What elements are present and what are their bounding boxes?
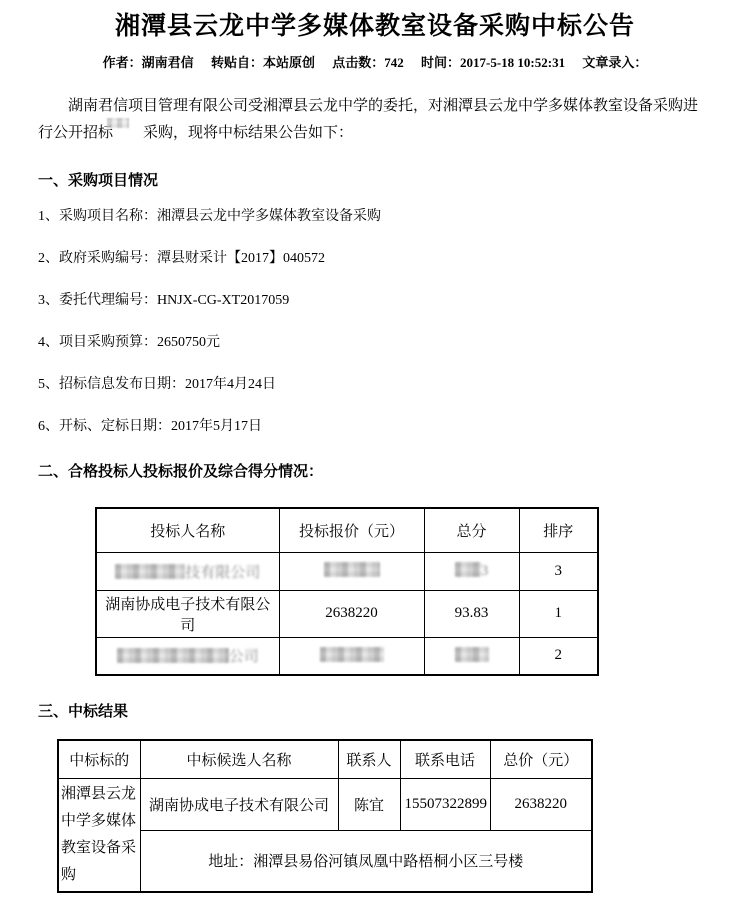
section-one-heading: 一、采购项目情况 <box>38 169 712 190</box>
article-meta: 作者：湖南君信 转贴自：本站原创 点击数：742 时间：2017-5-18 10… <box>38 52 712 71</box>
bid-header-bidder-name: 投标人名称 <box>96 508 279 552</box>
section-three-heading: 三、中标结果 <box>38 700 712 721</box>
meta-source-label: 转贴自： <box>211 55 263 70</box>
bid-table-row-1: 技有限公司 3 3 <box>96 552 598 590</box>
meta-clicks-label: 点击数： <box>332 55 384 70</box>
bid-header-total-score: 总分 <box>424 508 519 552</box>
bidder-name-redacted: 公司 <box>96 637 279 675</box>
procurement-item-6: 6、开标、定标日期：2017年5月17日 <box>38 418 712 435</box>
winner-address: 地址：湘潭县易俗河镇凤凰中路梧桐小区三号楼 <box>140 831 592 892</box>
award-table-row-winner: 湘潭县云龙中学多媒体教室设备采购 湖南协成电子技术有限公司 陈宜 1550732… <box>58 778 592 831</box>
intro-smudged-char: 采 <box>113 120 158 147</box>
winner-phone: 15507322899 <box>400 778 490 831</box>
section-two-heading: 二、合格投标人投标报价及综合得分情况： <box>38 460 712 481</box>
meta-clicks-value: 742 <box>384 55 404 70</box>
bid-score-redacted: 3 <box>424 552 519 590</box>
bid-table-row-3: 公司 2 <box>96 637 598 675</box>
bid-header-bid-price: 投标报价（元） <box>279 508 424 552</box>
meta-author: 作者：湖南君信 <box>103 55 194 70</box>
meta-time-value: 2017-5-18 10:52:31 <box>460 55 565 70</box>
award-subject: 湘潭县云龙中学多媒体教室设备采购 <box>58 778 140 892</box>
meta-time-label: 时间： <box>421 55 460 70</box>
meta-clicks: 点击数：742 <box>332 55 404 70</box>
bidder-name-visible-suffix: 技有限公司 <box>185 565 260 581</box>
meta-author-label: 作者： <box>103 55 142 70</box>
mosaic-redaction <box>455 562 481 577</box>
bid-price-redacted <box>279 637 424 675</box>
bid-table-row-2: 湖南协成电子技术有限公司 2638220 93.83 1 <box>96 590 598 637</box>
mosaic-redaction <box>324 562 380 577</box>
award-table-header-row: 中标标的 中标候选人名称 联系人 联系电话 总价（元） <box>58 740 592 778</box>
page-title: 湘潭县云龙中学多媒体教室设备采购中标公告 <box>38 12 712 42</box>
meta-time: 时间：2017-5-18 10:52:31 <box>421 55 565 70</box>
mosaic-redaction <box>117 648 229 663</box>
bid-rank: 1 <box>519 590 598 637</box>
meta-entry-label: 文章录入： <box>582 55 647 70</box>
procurement-item-2: 2、政府采购编号：潭县财采计【2017】040572 <box>38 250 712 267</box>
meta-entry: 文章录入： <box>582 55 647 70</box>
bid-score-table: 投标人名称 投标报价（元） 总分 排序 技有限公司 3 3 湖南协成电子技术有限… <box>95 507 599 676</box>
meta-author-value: 湖南君信 <box>142 55 194 70</box>
procurement-item-1: 1、采购项目名称：湘潭县云龙中学多媒体教室设备采购 <box>38 208 712 225</box>
award-header-phone: 联系电话 <box>400 740 490 778</box>
bidder-name-visible-suffix: 公司 <box>229 649 259 665</box>
procurement-item-5: 5、招标信息发布日期：2017年4月24日 <box>38 376 712 393</box>
intro-part2: 购，现将中标结果公告如下： <box>158 125 353 141</box>
mosaic-redaction <box>115 564 185 579</box>
award-header-total-price: 总价（元） <box>490 740 592 778</box>
winner-total-price: 2638220 <box>490 778 592 831</box>
award-header-subject: 中标标的 <box>58 740 140 778</box>
article-page: 湘潭县云龙中学多媒体教室设备采购中标公告 作者：湖南君信 转贴自：本站原创 点击… <box>0 0 750 917</box>
intro-paragraph: 湖南君信项目管理有限公司受湘潭县云龙中学的委托，对湘潭县云龙中学多媒体教室设备采… <box>38 93 712 147</box>
bidder-name: 湖南协成电子技术有限公司 <box>96 590 279 637</box>
bid-score-redacted <box>424 637 519 675</box>
mosaic-smudge-patch <box>107 118 129 128</box>
award-header-candidate-name: 中标候选人名称 <box>140 740 338 778</box>
bid-price: 2638220 <box>279 590 424 637</box>
bid-price-redacted <box>279 552 424 590</box>
bid-rank: 3 <box>519 552 598 590</box>
bidder-name-redacted: 技有限公司 <box>96 552 279 590</box>
mosaic-redaction <box>320 647 384 662</box>
award-header-contact: 联系人 <box>338 740 400 778</box>
mosaic-redaction <box>455 647 489 662</box>
procurement-item-4: 4、项目采购预算：2650750元 <box>38 334 712 351</box>
bid-rank: 2 <box>519 637 598 675</box>
meta-source: 转贴自：本站原创 <box>211 55 315 70</box>
award-result-table: 中标标的 中标候选人名称 联系人 联系电话 总价（元） 湘潭县云龙中学多媒体教室… <box>57 739 593 893</box>
winner-name: 湖南协成电子技术有限公司 <box>140 778 338 831</box>
winner-contact: 陈宜 <box>338 778 400 831</box>
bid-header-rank: 排序 <box>519 508 598 552</box>
bid-score-visible-suffix: 3 <box>481 563 489 579</box>
bid-table-header-row: 投标人名称 投标报价（元） 总分 排序 <box>96 508 598 552</box>
bid-score: 93.83 <box>424 590 519 637</box>
procurement-item-3: 3、委托代理编号：HNJX-CG-XT2017059 <box>38 292 712 309</box>
meta-source-value: 本站原创 <box>263 55 315 70</box>
